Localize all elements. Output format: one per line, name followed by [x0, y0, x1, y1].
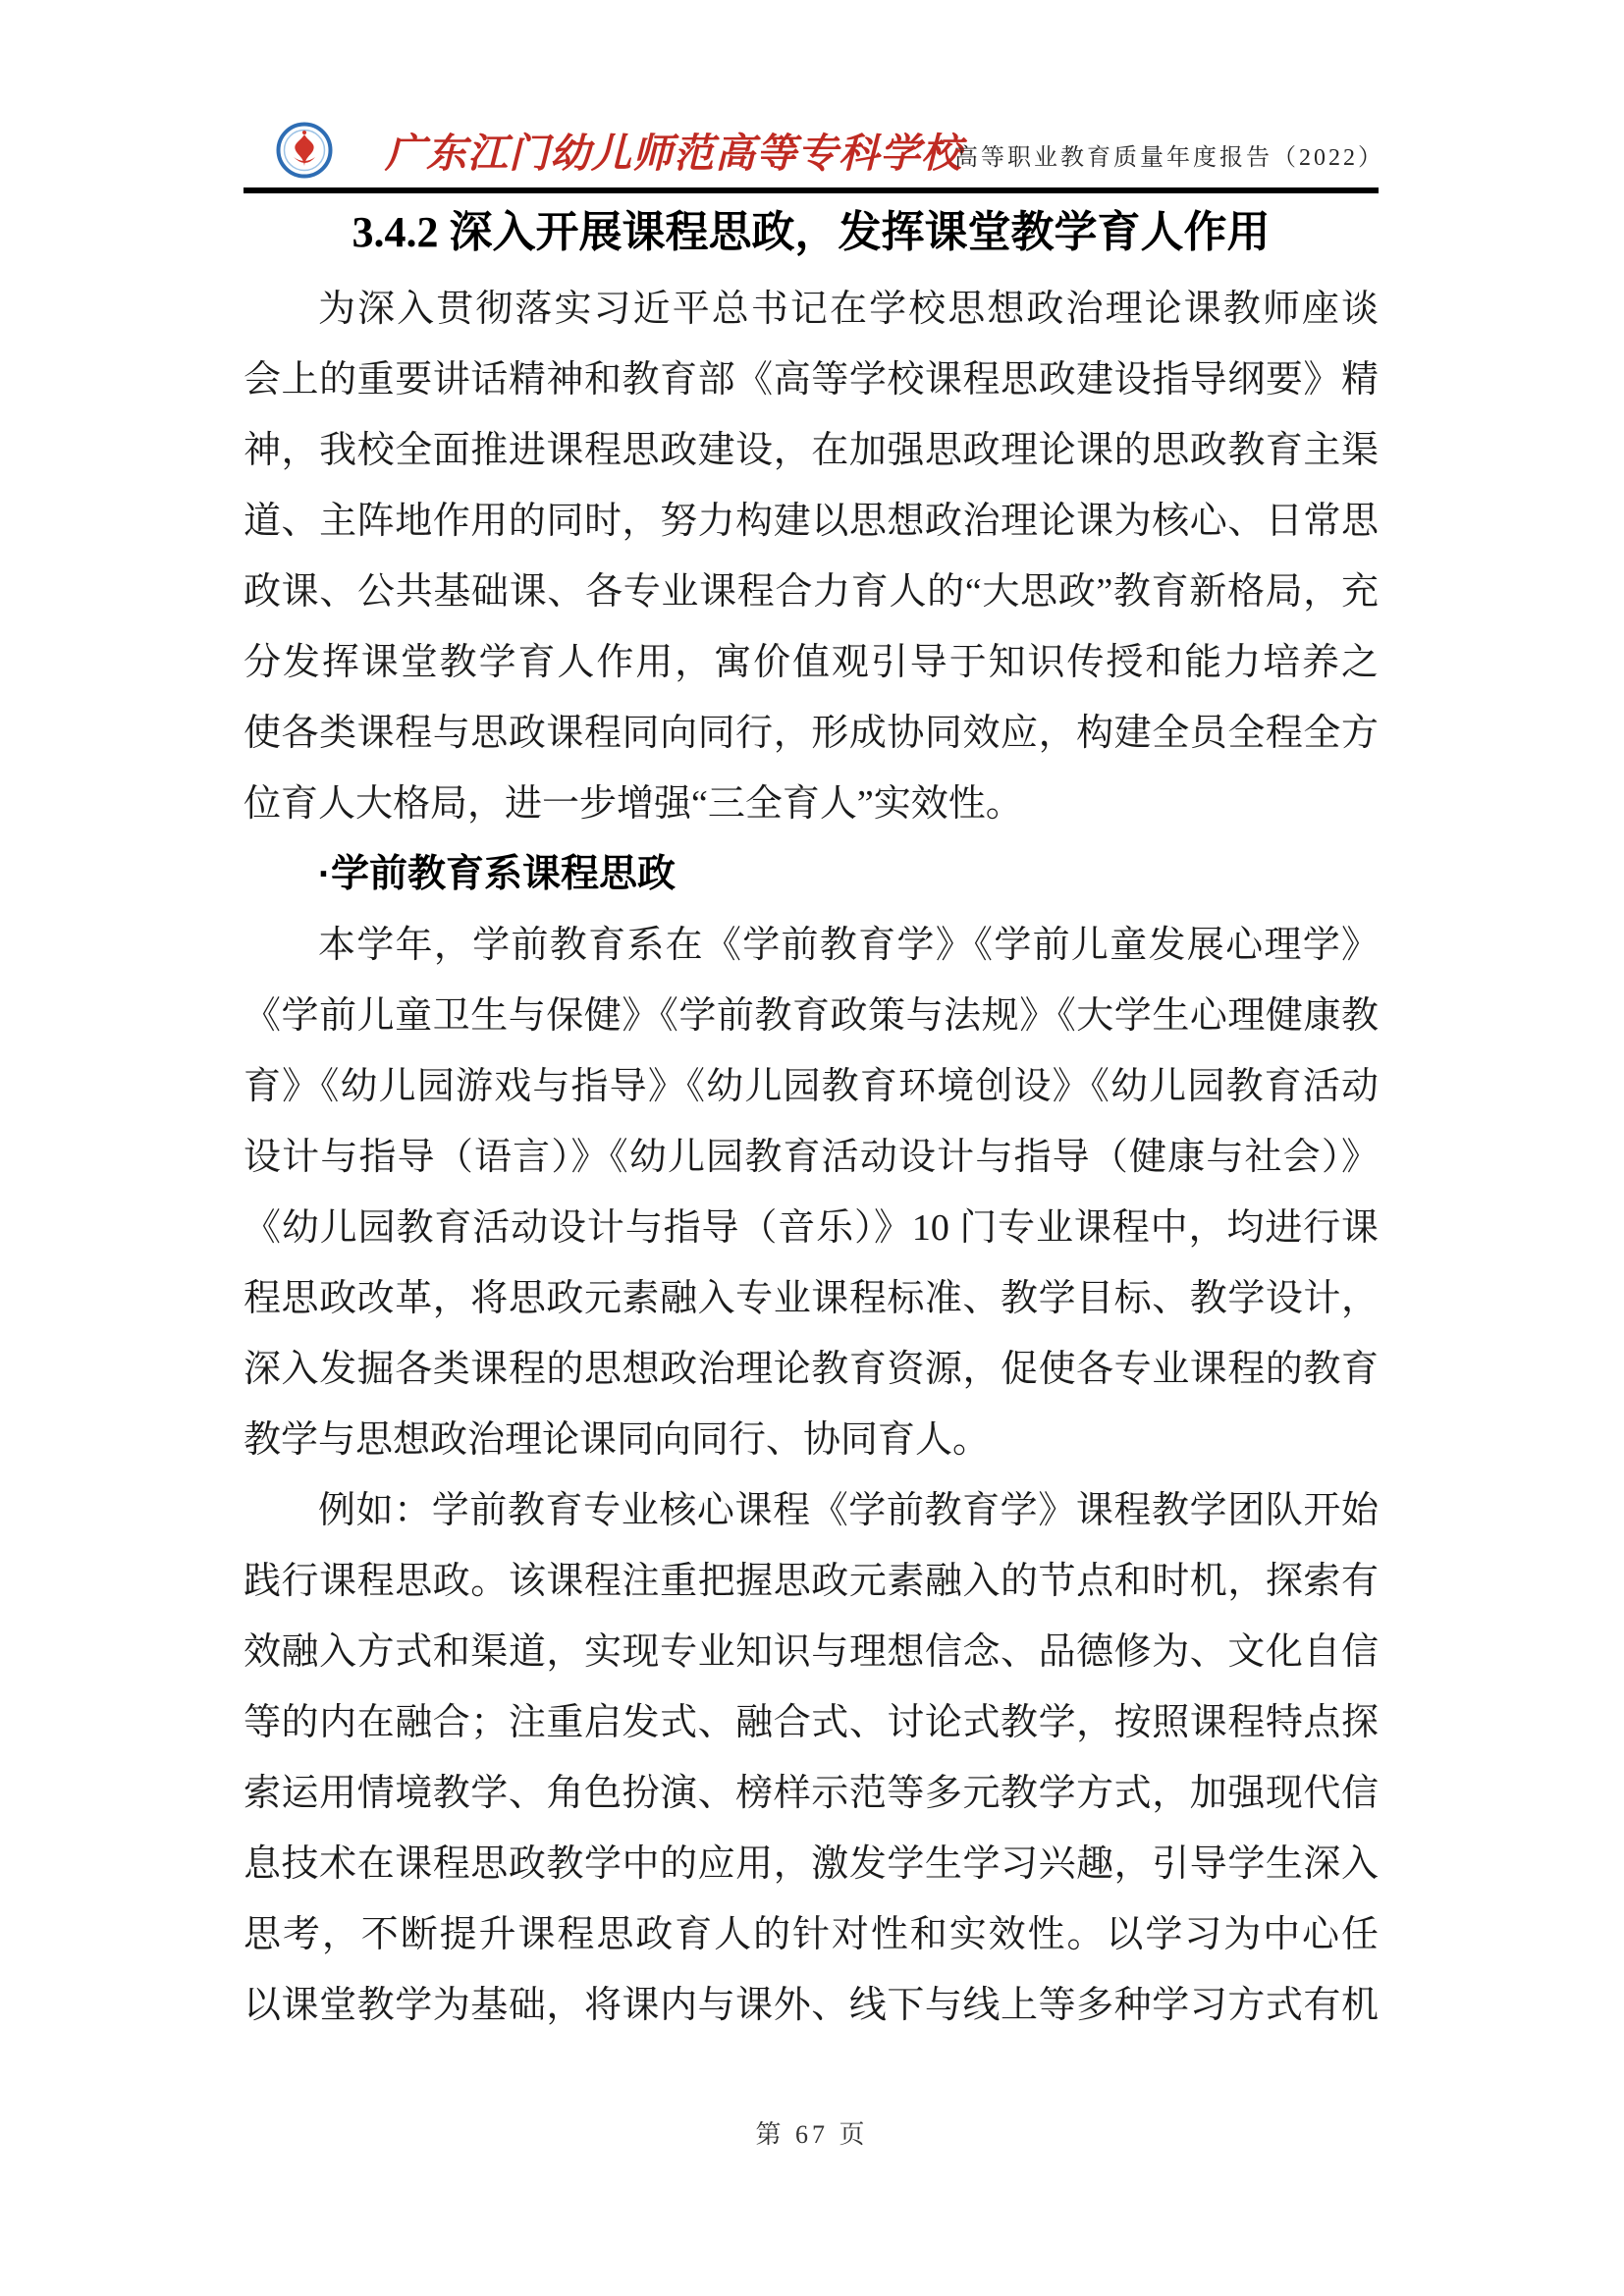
- paragraph-line: 以课堂教学为基础，将课内与课外、线下与线上等多种学习方式有机: [244, 1970, 1379, 2041]
- report-title: 高等职业教育质量年度报告（2022）: [954, 143, 1384, 173]
- paragraph-line: 为深入贯彻落实习近平总书记在学校思想政治理论课教师座谈: [244, 274, 1379, 345]
- paragraph-line: 索运用情境教学、角色扮演、榜样示范等多元教学方式，加强现代信: [244, 1758, 1379, 1829]
- paragraph-line: 《幼儿园教育活动设计与指导（音乐）》10 门专业课程中，均进行课: [244, 1193, 1379, 1263]
- paragraph-line: 位育人大格局，进一步增强“三全育人”实效性。: [244, 769, 1379, 839]
- page-number: 第 67 页: [755, 2120, 868, 2149]
- paragraph-line: 深入发掘各类课程的思想政治理论教育资源，促使各专业课程的教育: [244, 1334, 1379, 1405]
- paragraph-line: 例如：学前教育专业核心课程《学前教育学》课程教学团队开始: [244, 1475, 1379, 1546]
- school-name-calligraphy: 广东江门幼儿师范高等专科学校: [385, 128, 1013, 179]
- paragraph-line: 效融入方式和渠道，实现专业知识与理想信念、品德修为、文化自信: [244, 1617, 1379, 1687]
- school-logo-icon: [276, 122, 333, 179]
- paragraph-line: 分发挥课堂教学育人作用，寓价值观引导于知识传授和能力培养之中，: [244, 627, 1379, 698]
- subsection-heading: ·学前教育系课程思政: [244, 839, 1379, 910]
- paragraph-line: 神，我校全面推进课程思政建设，在加强思政理论课的思政教育主渠: [244, 415, 1379, 486]
- paragraph-line: 践行课程思政。该课程注重把握思政元素融入的节点和时机，探索有: [244, 1546, 1379, 1617]
- paragraph-line: 程思政改革，将思政元素融入专业课程标准、教学目标、教学设计，: [244, 1263, 1379, 1334]
- paragraph-line: 设计与指导（语言）》《幼儿园教育活动设计与指导（健康与社会）》: [244, 1122, 1379, 1193]
- header-divider: [244, 187, 1379, 193]
- paragraph-line: 思考，不断提升课程思政育人的针对性和实效性。以学习为中心任务、: [244, 1899, 1379, 1970]
- paragraph-line: 道、主阵地作用的同时，努力构建以思想政治理论课为核心、日常思: [244, 486, 1379, 557]
- section-title: 3.4.2 深入开展课程思政，发挥课堂教学育人作用: [244, 202, 1379, 263]
- paragraph-line: 会上的重要讲话精神和教育部《高等学校课程思政建设指导纲要》精: [244, 345, 1379, 415]
- paragraph-line: 使各类课程与思政课程同向同行，形成协同效应，构建全员全程全方: [244, 698, 1379, 769]
- content-area: 为深入贯彻落实习近平总书记在学校思想政治理论课教师座谈会上的重要讲话精神和教育部…: [244, 274, 1379, 2041]
- paragraph-line: 《学前儿童卫生与保健》《学前教育政策与法规》《大学生心理健康教: [244, 981, 1379, 1051]
- document-page: 广东江门幼儿师范高等专科学校 高等职业教育质量年度报告（2022） 3.4.2 …: [0, 0, 1624, 2296]
- paragraph-line: 息技术在课程思政教学中的应用，激发学生学习兴趣，引导学生深入: [244, 1829, 1379, 1899]
- paragraph-line: 育》《幼儿园游戏与指导》《幼儿园教育环境创设》《幼儿园教育活动: [244, 1051, 1379, 1122]
- paragraph-line: 教学与思想政治理论课同向同行、协同育人。: [244, 1405, 1379, 1475]
- paragraph-line: 等的内在融合；注重启发式、融合式、讨论式教学，按照课程特点探: [244, 1687, 1379, 1758]
- page-footer: 第 67 页: [0, 2120, 1624, 2150]
- paragraph-line: 政课、公共基础课、各专业课程合力育人的“大思政”教育新格局，充: [244, 557, 1379, 627]
- paragraph-line: 本学年，学前教育系在《学前教育学》《学前儿童发展心理学》: [244, 910, 1379, 981]
